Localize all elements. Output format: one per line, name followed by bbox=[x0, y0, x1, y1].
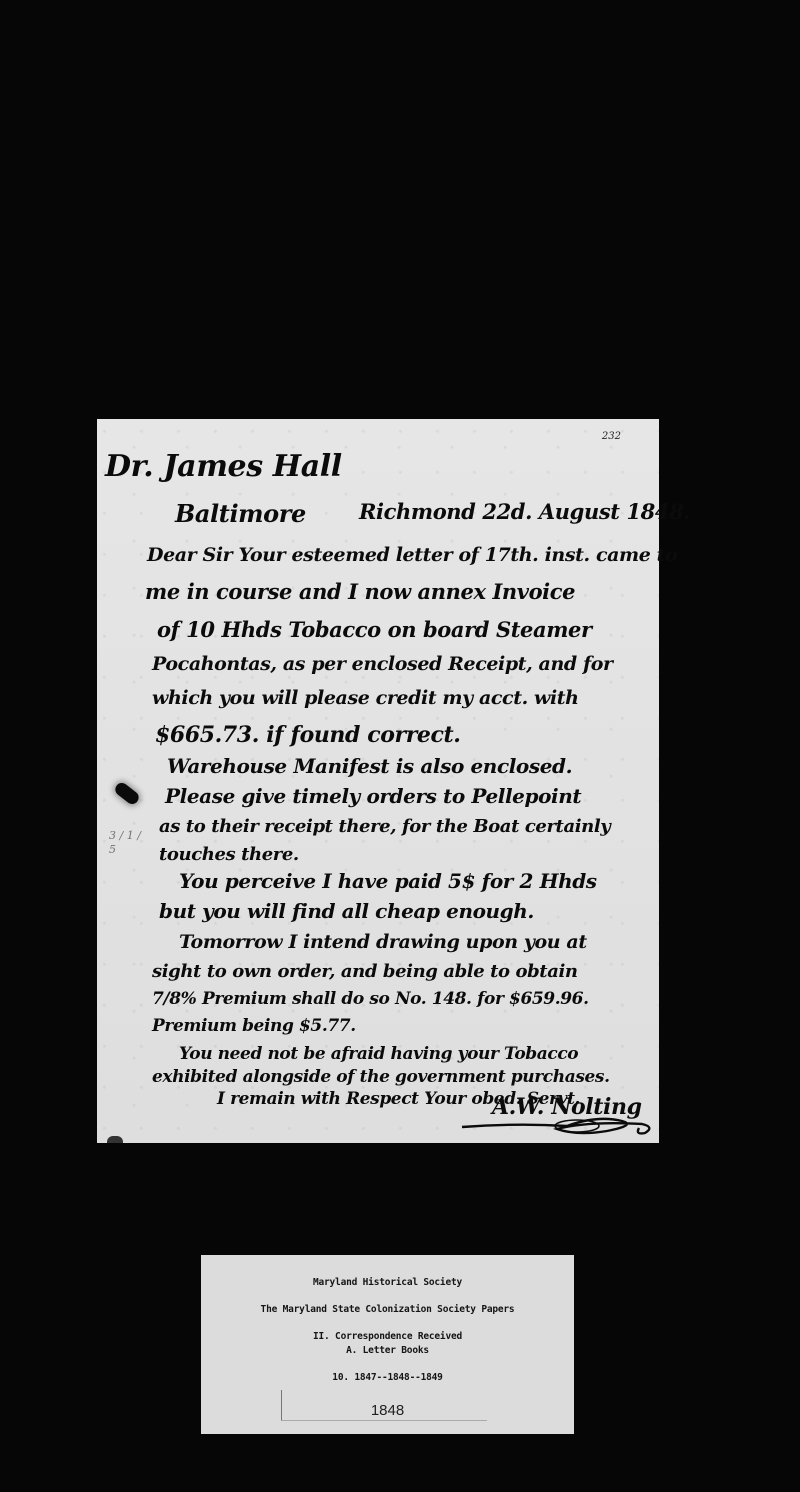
card-series: II. Correspondence Received bbox=[201, 1331, 574, 1342]
page-number: 232 bbox=[602, 431, 621, 442]
letter-line: of 10 Hhds Tobacco on board Steamer bbox=[157, 617, 592, 642]
letter-line: $665.73. if found correct. bbox=[155, 722, 461, 748]
card-subseries: A. Letter Books bbox=[201, 1345, 574, 1356]
card-collection: The Maryland State Colonization Society … bbox=[201, 1304, 574, 1315]
margin-notes: 3 / 1 / 5 bbox=[109, 829, 149, 959]
letter-line: as to their receipt there, for the Boat … bbox=[159, 816, 610, 837]
card-volume: 10. 1847--1848--1849 bbox=[201, 1372, 574, 1383]
letter-line: Premium being $5.77. bbox=[152, 1016, 356, 1036]
letter-line: touches there. bbox=[159, 844, 299, 865]
addressee-location: Baltimore bbox=[175, 499, 306, 528]
letter-line: but you will find all cheap enough. bbox=[159, 899, 534, 923]
card-year: 1848 bbox=[201, 1402, 574, 1419]
dateline: Richmond 22d. August 1848. bbox=[359, 499, 690, 524]
letter-line: exhibited alongside of the government pu… bbox=[152, 1067, 610, 1087]
card-institution: Maryland Historical Society bbox=[201, 1277, 574, 1288]
letter-line: me in course and I now annex Invoice bbox=[145, 579, 575, 604]
letter-line: You need not be afraid having your Tobac… bbox=[179, 1044, 578, 1064]
addressee: Dr. James Hall bbox=[105, 449, 342, 484]
letter-line: Warehouse Manifest is also enclosed. bbox=[167, 754, 572, 778]
letter-line: 7/8% Premium shall do so No. 148. for $6… bbox=[152, 989, 589, 1009]
letter-line: Pocahontas, as per enclosed Receipt, and… bbox=[152, 653, 613, 675]
manuscript-letter-page: 232 Dr. James Hall Baltimore Richmond 22… bbox=[97, 419, 659, 1143]
letter-line: Tomorrow I intend drawing upon you at bbox=[179, 931, 587, 953]
letter-line: Dear Sir Your esteemed letter of 17th. i… bbox=[147, 544, 677, 566]
letter-line: Please give timely orders to Pellepoint bbox=[165, 784, 581, 808]
ink-blot bbox=[113, 780, 141, 806]
letter-line: sight to own order, and being able to ob… bbox=[152, 961, 578, 982]
signature-flourish-icon bbox=[457, 1109, 657, 1139]
letter-line: which you will please credit my acct. wi… bbox=[152, 687, 579, 709]
archive-catalog-card: Maryland Historical Society The Maryland… bbox=[201, 1255, 574, 1434]
corner-mark bbox=[107, 1136, 123, 1143]
letter-line: You perceive I have paid 5$ for 2 Hhds bbox=[179, 869, 597, 893]
